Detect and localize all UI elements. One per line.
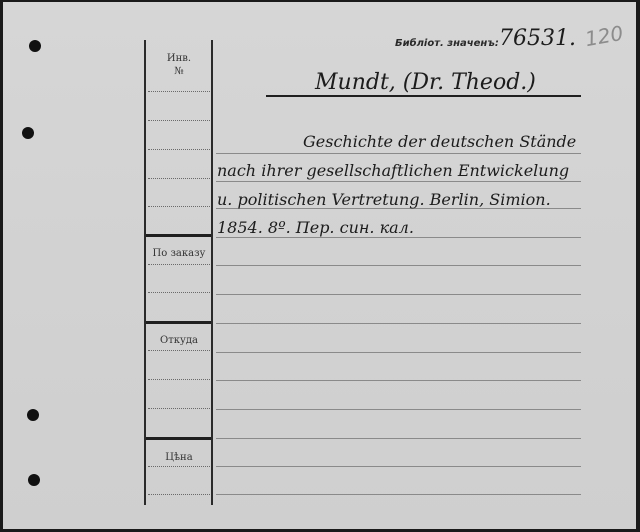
left-row-line <box>148 120 210 121</box>
left-row-line <box>148 408 210 409</box>
ruled-line <box>216 352 581 353</box>
title-line-4: 1854. 8º. Пер. син. кал. <box>217 218 414 237</box>
left-row-line <box>148 264 210 265</box>
from-label: Откуда <box>146 335 212 346</box>
left-row-line <box>148 149 210 150</box>
left-row-line <box>148 292 210 293</box>
title-line-3: u. politischen Vertretung. Berlin, Simio… <box>217 190 551 209</box>
author-underline <box>266 95 581 97</box>
left-row-line <box>148 466 210 467</box>
ruled-line <box>216 466 581 467</box>
ruled-line <box>216 494 581 495</box>
title-line-1: Geschichte der deutschen Stände <box>303 132 576 151</box>
punch-hole-2 <box>22 127 34 139</box>
inv-no-label: № <box>146 66 212 77</box>
left-row-line <box>148 350 210 351</box>
catalog-card: 120 Библіот. значенъ: 76531. Инв. № По з… <box>3 2 636 529</box>
ruled-line <box>216 323 581 324</box>
left-row-line <box>148 91 210 92</box>
pencil-mark: 120 <box>583 21 625 51</box>
punch-hole-1 <box>29 40 41 52</box>
ruled-line <box>216 181 581 182</box>
inv-label: Инв. <box>146 53 212 64</box>
ruled-line <box>216 438 581 439</box>
left-column-border-left <box>144 40 146 505</box>
from-section-divider <box>146 321 211 324</box>
left-row-line <box>148 178 210 179</box>
left-row-line <box>148 206 210 207</box>
ruled-line <box>216 409 581 410</box>
left-column-border-right <box>211 40 213 505</box>
price-label: Цѣна <box>146 452 212 463</box>
punch-hole-4 <box>28 474 40 486</box>
ruled-line <box>216 237 581 238</box>
library-number: 76531. <box>499 26 576 51</box>
punch-hole-3 <box>27 409 39 421</box>
title-line-2: nach ihrer gesellschaftlichen Entwickelu… <box>217 161 569 180</box>
ruled-line <box>216 265 581 266</box>
left-row-line <box>148 379 210 380</box>
ruled-line <box>216 153 581 154</box>
ruled-line <box>216 294 581 295</box>
author-name: Mundt, (Dr. Theod.) <box>315 70 536 95</box>
left-row-line <box>148 494 210 495</box>
library-number-label: Библіот. значенъ: <box>395 38 499 49</box>
price-section-divider <box>146 437 211 440</box>
ruled-line <box>216 380 581 381</box>
order-label: По заказу <box>146 248 212 259</box>
order-section-divider <box>146 234 211 237</box>
